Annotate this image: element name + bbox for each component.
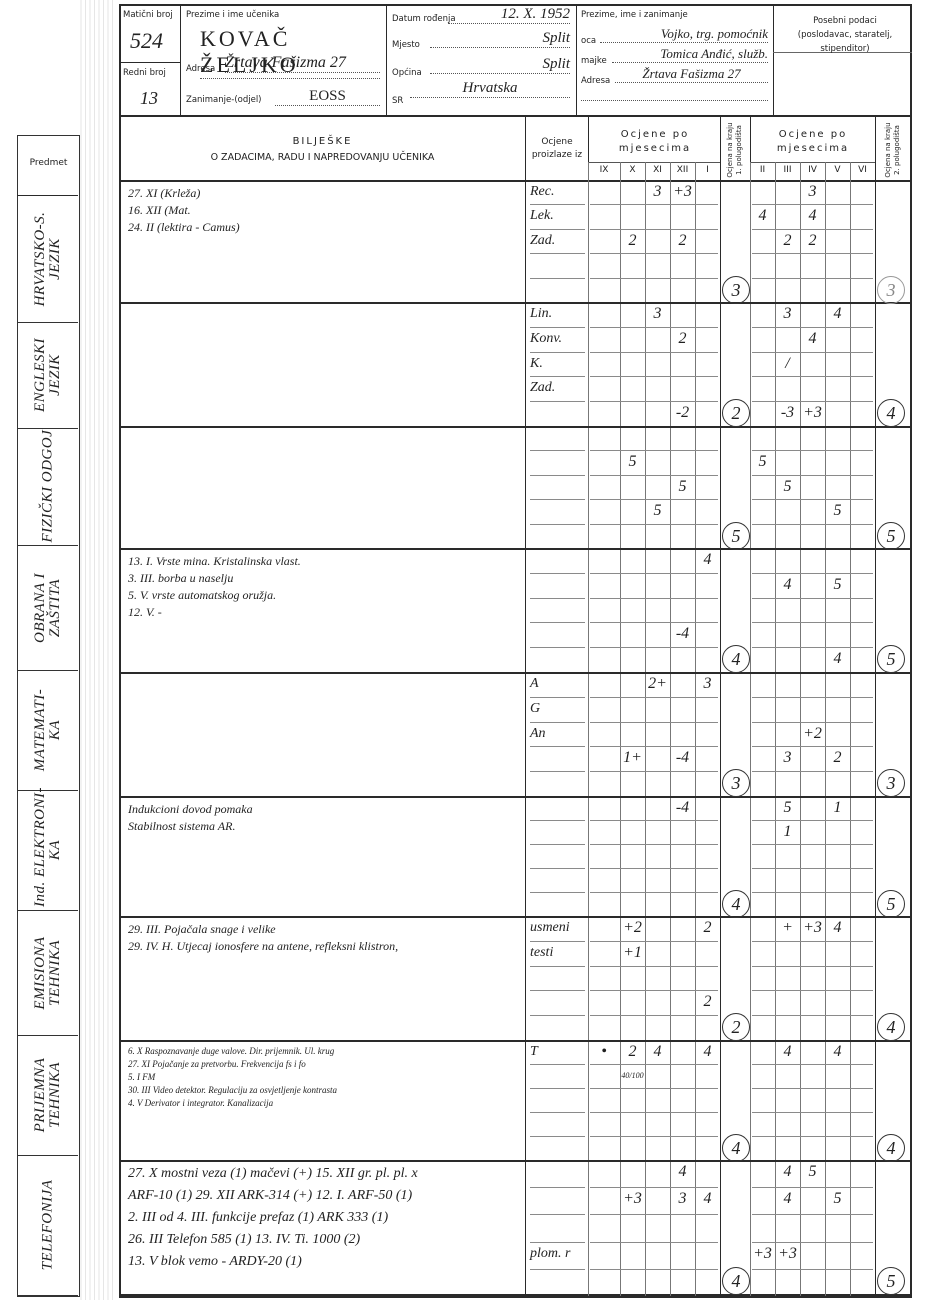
- subject-name: TELEFONIJA: [40, 1158, 55, 1292]
- month-header-V: V: [825, 165, 850, 175]
- subject-name: MATEMATI- KA: [33, 673, 63, 787]
- note-line: ARF-10 (1) 29. XII ARK-314 (+) 12. I. AR…: [128, 1188, 412, 1204]
- subject-cell: HRVATSKO-S. JEZIK: [17, 195, 78, 323]
- grade-source: A: [530, 676, 585, 692]
- month-header-III: III: [775, 165, 800, 175]
- subject-row-divider: [119, 548, 912, 550]
- datum-value: 12. X. 1952: [448, 6, 570, 24]
- month-header-I: I: [695, 165, 720, 175]
- monthly-grade: 4: [695, 1190, 720, 1208]
- monthly-grade: 4: [800, 330, 825, 348]
- monthly-grade: 5: [620, 453, 645, 471]
- monthly-grade: 5: [645, 502, 670, 520]
- subject-name: Ind. ELEKTRONI- KA: [33, 793, 63, 907]
- biljeske-title: BILJEŠKE: [120, 136, 525, 147]
- semester-1-grade: 4: [722, 890, 750, 918]
- subject-name: HRVATSKO-S. JEZIK: [33, 198, 63, 319]
- posebni-podaci-label: Posebni podaci (poslodavac, staratelj, s…: [785, 14, 905, 56]
- grade-source: Lek.: [530, 208, 585, 224]
- semester-1-grade: 2: [722, 399, 750, 427]
- grade-source: Konv.: [530, 331, 585, 347]
- opcina-value: Split: [430, 56, 570, 74]
- note-line: 29. III. Pojačala snage i velike: [128, 922, 276, 937]
- monthly-grade: 1: [825, 799, 850, 817]
- monthly-grade: 5: [825, 576, 850, 594]
- ime-label: Prezime i ime učenika: [186, 10, 279, 20]
- monthly-grade: +3: [775, 1245, 800, 1263]
- monthly-grade: 2: [800, 232, 825, 250]
- monthly-grade: 4: [645, 1043, 670, 1061]
- semester-2-grade: 3: [877, 769, 905, 797]
- monthly-grade: +: [775, 919, 800, 937]
- monthly-grade: 3: [695, 675, 720, 693]
- subject-row-divider: [119, 1040, 912, 1042]
- kraj-2-polugodista-label: Ocjena na kraju 2. polugodišta: [884, 120, 902, 180]
- semester-2-grade: 5: [877, 645, 905, 673]
- subject-row-divider: [119, 1160, 912, 1162]
- subject-cell: MATEMATI- KA: [17, 670, 78, 791]
- monthly-grade: 5: [670, 478, 695, 496]
- grade-source: K.: [530, 356, 585, 372]
- monthly-grade: 1+: [620, 749, 645, 767]
- grade-source: Zad.: [530, 233, 585, 249]
- monthly-grade: 2: [620, 232, 645, 250]
- subject-name: FIZIČKI ODGOJ: [40, 431, 55, 542]
- monthly-grade: 1: [775, 823, 800, 841]
- grade-source: An: [530, 726, 585, 742]
- monthly-grade: 2: [670, 330, 695, 348]
- monthly-grade: 4: [800, 207, 825, 225]
- monthly-grade: 40/100: [620, 1067, 645, 1085]
- parents-adresa-label: Adresa: [581, 76, 610, 86]
- subject-cell: Ind. ELEKTRONI- KA: [17, 790, 78, 911]
- monthly-grade: 2+: [645, 675, 670, 693]
- semester-2-grade: 3: [877, 276, 905, 304]
- monthly-grade: •: [588, 1043, 620, 1061]
- monthly-grade: -4: [670, 799, 695, 817]
- note-line: 16. XII (Mat.: [128, 203, 191, 218]
- monthly-grade: 5: [800, 1163, 825, 1181]
- monthly-grade: 2: [825, 749, 850, 767]
- monthly-grade: /: [775, 355, 800, 373]
- month-header-IV: IV: [800, 165, 825, 175]
- monthly-grade: 4: [775, 576, 800, 594]
- grade-source: Lin.: [530, 306, 585, 322]
- monthly-grade: 4: [825, 650, 850, 668]
- grade-source: G: [530, 701, 585, 717]
- sr-value: Hrvatska: [410, 80, 570, 98]
- subject-name: PRIJEMNA TEHNIKA: [33, 1038, 63, 1152]
- monthly-grade: 3: [775, 305, 800, 323]
- note-line: 4. V Derivator i integrator. Kanalizacij…: [128, 1098, 273, 1108]
- semester-1-grade: 4: [722, 1134, 750, 1162]
- month-header-XII: XII: [670, 165, 695, 175]
- subject-cell: TELEFONIJA: [17, 1155, 78, 1296]
- monthly-grade: 3: [645, 183, 670, 201]
- monthly-grade: -4: [670, 749, 695, 767]
- monthly-grade: +3: [620, 1190, 645, 1208]
- maticni-broj-label: Matični broj: [123, 10, 173, 20]
- monthly-grade: -4: [670, 625, 695, 643]
- semester-2-grade: 5: [877, 522, 905, 550]
- monthly-grade: 4: [695, 551, 720, 569]
- subject-cell: EMISIONA TEHNIKA: [17, 910, 78, 1036]
- grade-source: testi: [530, 945, 585, 961]
- note-line: 5. V. vrste automatskog oružja.: [128, 588, 276, 603]
- adresa-label: Adresa: [186, 64, 215, 74]
- monthly-grade: 4: [750, 207, 775, 225]
- monthly-grade: 4: [825, 1043, 850, 1061]
- zanimanje-value: EOSS: [275, 88, 380, 106]
- note-line: 27. X mostni veza (1) mačevi (+) 15. XII…: [128, 1166, 418, 1182]
- subject-name: ENGLESKI JEZIK: [33, 325, 63, 425]
- monthly-grade: 2: [695, 993, 720, 1011]
- semester-1-grade: 5: [722, 522, 750, 550]
- grade-source: Rec.: [530, 184, 585, 200]
- semester-1-grade: 3: [722, 769, 750, 797]
- grade-source: T: [530, 1044, 585, 1060]
- grade-source: Zad.: [530, 380, 585, 396]
- majke-value: Tomica Anđić, služb.: [612, 46, 768, 63]
- note-line: 27. XI (Krleža): [128, 186, 200, 201]
- oca-value: Vojko, trg. pomoćnik: [600, 26, 768, 43]
- grade-source: plom. r: [530, 1246, 585, 1262]
- monthly-grade: 2: [695, 919, 720, 937]
- semester-2-grade: 5: [877, 1267, 905, 1295]
- parents-title: Prezime, ime i zanimanje: [581, 10, 688, 20]
- note-line: 24. II (lektira - Camus): [128, 220, 240, 235]
- semester-1-grade: 4: [722, 1267, 750, 1295]
- subject-row-divider: [119, 672, 912, 674]
- biljeske-subtitle: O ZADACIMA, RADU I NAPREDOVANJU UČENIKA: [120, 152, 525, 163]
- note-line: 6. X Raspoznavanje duge valove. Dir. pri…: [128, 1046, 334, 1056]
- note-line: 26. III Telefon 585 (1) 13. IV. Ti. 1000…: [128, 1232, 360, 1248]
- note-line: 13. I. Vrste mina. Kristalinska vlast.: [128, 554, 301, 569]
- majke-label: majke: [581, 56, 607, 66]
- note-line: Stabilnost sistema AR.: [128, 819, 235, 834]
- monthly-grade: 2: [620, 1043, 645, 1061]
- note-line: 30. III Video detektor. Regulaciju za os…: [128, 1085, 337, 1095]
- monthly-grade: 4: [775, 1043, 800, 1061]
- monthly-grade: 3: [645, 305, 670, 323]
- monthly-grade: +3: [750, 1245, 775, 1263]
- opcina-label: Općina: [392, 68, 422, 78]
- subject-cell: ENGLESKI JEZIK: [17, 322, 78, 429]
- monthly-grade: +3: [800, 919, 825, 937]
- grade-source: usmeni: [530, 920, 585, 936]
- semester-2-grade: 4: [877, 1134, 905, 1162]
- subject-row-divider: [119, 426, 912, 428]
- month-header-II: II: [750, 165, 775, 175]
- monthly-grade: +2: [620, 919, 645, 937]
- monthly-grade: +1: [620, 944, 645, 962]
- monthly-grade: -2: [670, 404, 695, 422]
- semester-1-grade: 4: [722, 645, 750, 673]
- subject-row-divider: [119, 302, 912, 304]
- month-header-X: X: [620, 165, 645, 175]
- monthly-grade: 2: [670, 232, 695, 250]
- redni-broj-label: Redni broj: [123, 68, 166, 78]
- note-line: Indukcioni dovod pomaka: [128, 802, 253, 817]
- note-line: 12. V. -: [128, 605, 162, 620]
- monthly-grade: +3: [670, 183, 695, 201]
- monthly-grade: 4: [670, 1163, 695, 1181]
- month-header-VI: VI: [850, 165, 875, 175]
- monthly-grade: +2: [800, 725, 825, 743]
- monthly-grade: 5: [750, 453, 775, 471]
- predmet-header: Predmet: [18, 158, 79, 168]
- monthly-grade: 4: [825, 305, 850, 323]
- subject-row-divider: [119, 1296, 912, 1298]
- adresa-value: Žrtava Fašizma 27: [225, 54, 380, 73]
- semester-2-grade: 4: [877, 1013, 905, 1041]
- monthly-grade: 5: [825, 502, 850, 520]
- oca-label: oca: [581, 36, 596, 46]
- sr-label: SR: [392, 96, 403, 106]
- zanimanje-label: Zanimanje-(odjel): [186, 95, 262, 105]
- note-line: 13. V blok vemo - ARDY-20 (1): [128, 1254, 302, 1270]
- subject-cell: PRIJEMNA TEHNIKA: [17, 1035, 78, 1156]
- datum-label: Datum rođenja: [392, 14, 456, 24]
- note-line: 27. XI Pojačanje za pretvorbu. Frekvenci…: [128, 1059, 306, 1069]
- monthly-grade: 3: [670, 1190, 695, 1208]
- subject-cell: OBRANA I ZAŠTITA: [17, 545, 78, 671]
- ocjene-po-mjesecima-2: Ocjene po mjesecima: [756, 128, 870, 156]
- monthly-grade: 2: [775, 232, 800, 250]
- note-line: 29. IV. H. Utjecaj ionosfere na antene, …: [128, 939, 398, 954]
- ocjene-proizlaze-label: Ocjene proizlaze iz: [527, 136, 587, 162]
- monthly-grade: 5: [825, 1190, 850, 1208]
- monthly-grade: +3: [800, 404, 825, 422]
- semester-1-grade: 2: [722, 1013, 750, 1041]
- monthly-grade: 3: [800, 183, 825, 201]
- monthly-grade: 4: [695, 1043, 720, 1061]
- parents-adresa-value: Žrtava Fašizma 27: [615, 66, 768, 83]
- subject-row-divider: [119, 796, 912, 798]
- month-header-IX: IX: [588, 165, 620, 175]
- monthly-grade: 3: [775, 749, 800, 767]
- binding-shadow: [80, 0, 116, 1300]
- subject-row-divider: [119, 916, 912, 918]
- kraj-1-polugodista-label: Ocjena na kraju 1. polugodišta: [726, 120, 744, 180]
- ocjene-po-mjesecima-1: Ocjene po mjesecima: [596, 128, 714, 156]
- monthly-grade: 4: [825, 919, 850, 937]
- month-header-XI: XI: [645, 165, 670, 175]
- monthly-grade: 5: [775, 478, 800, 496]
- mjesto-label: Mjesto: [392, 40, 420, 50]
- subject-name: OBRANA I ZAŠTITA: [33, 548, 63, 667]
- monthly-grade: 4: [775, 1190, 800, 1208]
- monthly-grade: 4: [775, 1163, 800, 1181]
- subject-cell: FIZIČKI ODGOJ: [17, 428, 78, 546]
- monthly-grade: -3: [775, 404, 800, 422]
- note-line: 2. III od 4. III. funkcije prefaz (1) AR…: [128, 1210, 388, 1226]
- semester-1-grade: 3: [722, 276, 750, 304]
- note-line: 3. III. borba u naselju: [128, 571, 233, 586]
- subject-name: EMISIONA TEHNIKA: [33, 913, 63, 1032]
- semester-2-grade: 5: [877, 890, 905, 918]
- redni-broj-value: 13: [140, 88, 158, 109]
- maticni-broj-value: 524: [130, 28, 163, 54]
- monthly-grade: 5: [775, 799, 800, 817]
- mjesto-value: Split: [430, 30, 570, 48]
- note-line: 5. I FM: [128, 1072, 155, 1082]
- semester-2-grade: 4: [877, 399, 905, 427]
